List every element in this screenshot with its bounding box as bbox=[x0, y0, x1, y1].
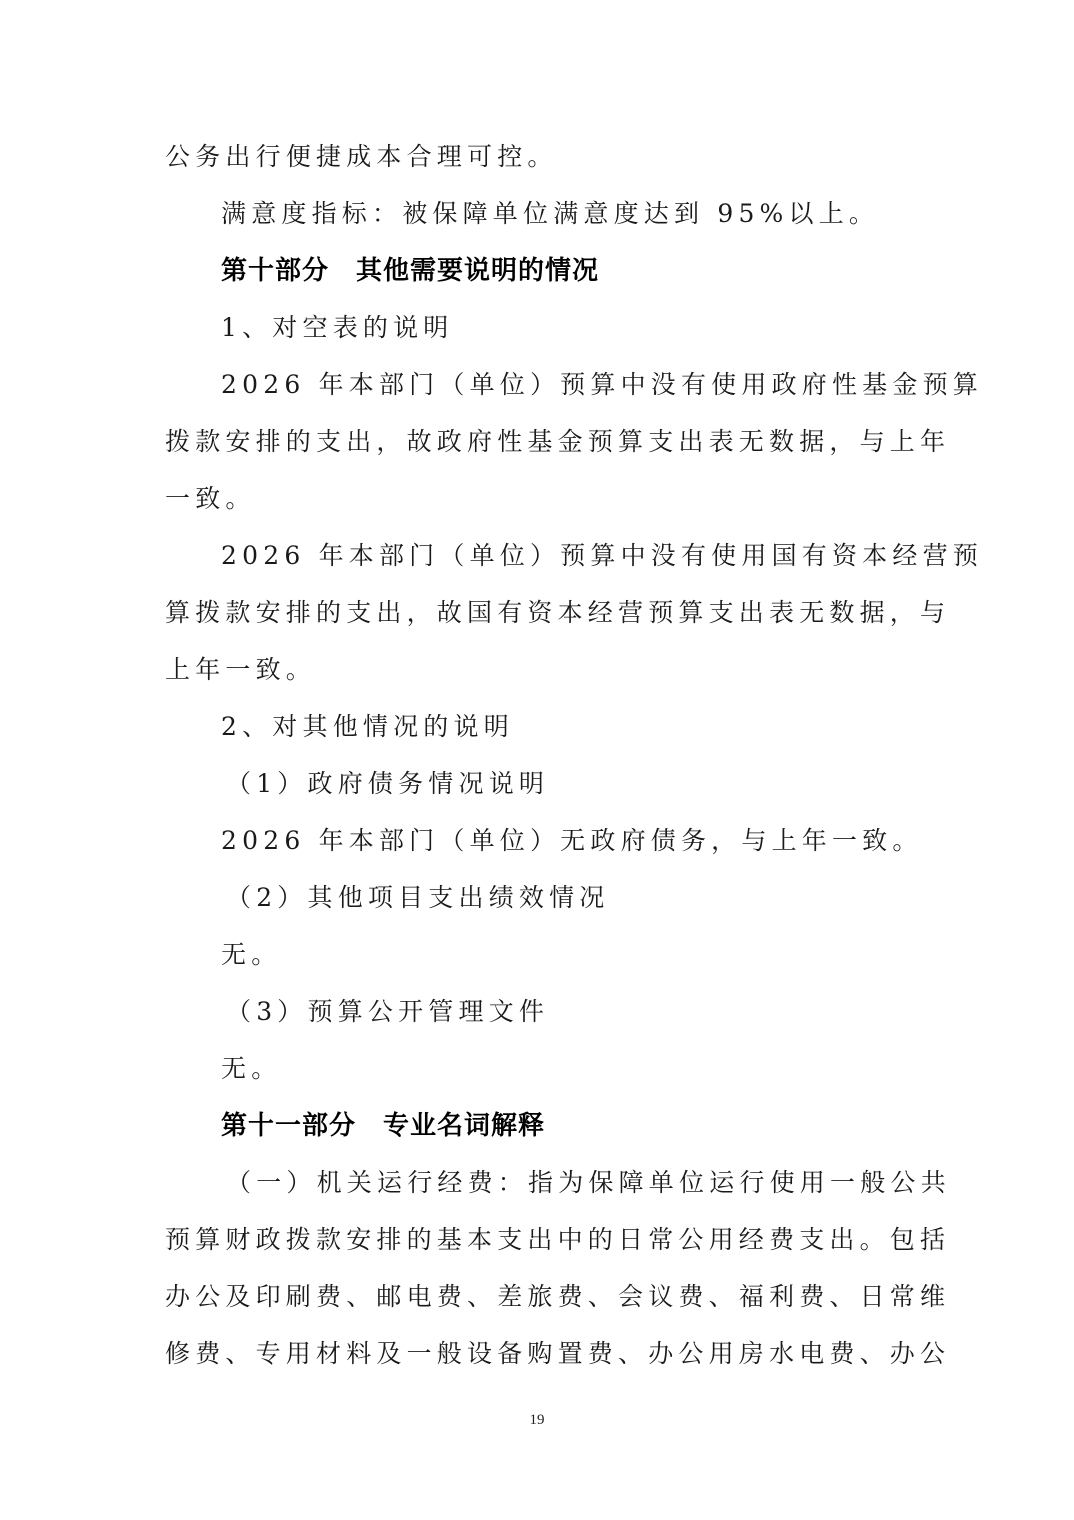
paragraph-line: 上年一致。 bbox=[165, 652, 915, 688]
paragraph-line: 公务出行便捷成本合理可控。 bbox=[165, 139, 915, 175]
paragraph-line: 修费、专用材料及一般设备购置费、办公用房水电费、办公 bbox=[165, 1336, 915, 1372]
paragraph-line: 无。 bbox=[221, 1051, 971, 1087]
section-heading-part-10: 第十部分 其他需要说明的情况 bbox=[221, 253, 971, 289]
paragraph-line: 2026 年本部门（单位）无政府债务，与上年一致。 bbox=[221, 823, 971, 859]
subheading-budget-disclosure-files: （3）预算公开管理文件 bbox=[226, 994, 976, 1030]
paragraph-line: 2026 年本部门（单位）预算中没有使用政府性基金预算 bbox=[221, 367, 971, 403]
paragraph-line: 预算财政拨款安排的基本支出中的日常公用经费支出。包括 bbox=[165, 1222, 915, 1258]
section-heading-part-11: 第十一部分 专业名词解释 bbox=[221, 1108, 971, 1144]
subheading-project-performance: （2）其他项目支出绩效情况 bbox=[226, 880, 976, 916]
subheading-other-situations: 2、对其他情况的说明 bbox=[221, 709, 971, 745]
paragraph-line: （一）机关运行经费：指为保障单位运行使用一般公共 bbox=[226, 1165, 976, 1201]
subheading-empty-tables: 1、对空表的说明 bbox=[221, 310, 971, 346]
page-number: 19 bbox=[0, 1412, 1074, 1429]
satisfaction-indicator-line: 满意度指标：被保障单位满意度达到 95%以上。 bbox=[221, 196, 971, 232]
paragraph-line: 一致。 bbox=[165, 481, 915, 517]
paragraph-line: 拨款安排的支出，故政府性基金预算支出表无数据，与上年 bbox=[165, 424, 915, 460]
paragraph-line: 无。 bbox=[221, 937, 971, 973]
paragraph-line: 算拨款安排的支出，故国有资本经营预算支出表无数据，与 bbox=[165, 595, 915, 631]
document-page: 公务出行便捷成本合理可控。 满意度指标：被保障单位满意度达到 95%以上。 第十… bbox=[0, 0, 1074, 1520]
paragraph-line: 办公及印刷费、邮电费、差旅费、会议费、福利费、日常维 bbox=[165, 1279, 915, 1315]
subheading-government-debt: （1）政府债务情况说明 bbox=[226, 766, 976, 802]
paragraph-line: 2026 年本部门（单位）预算中没有使用国有资本经营预 bbox=[221, 538, 971, 574]
